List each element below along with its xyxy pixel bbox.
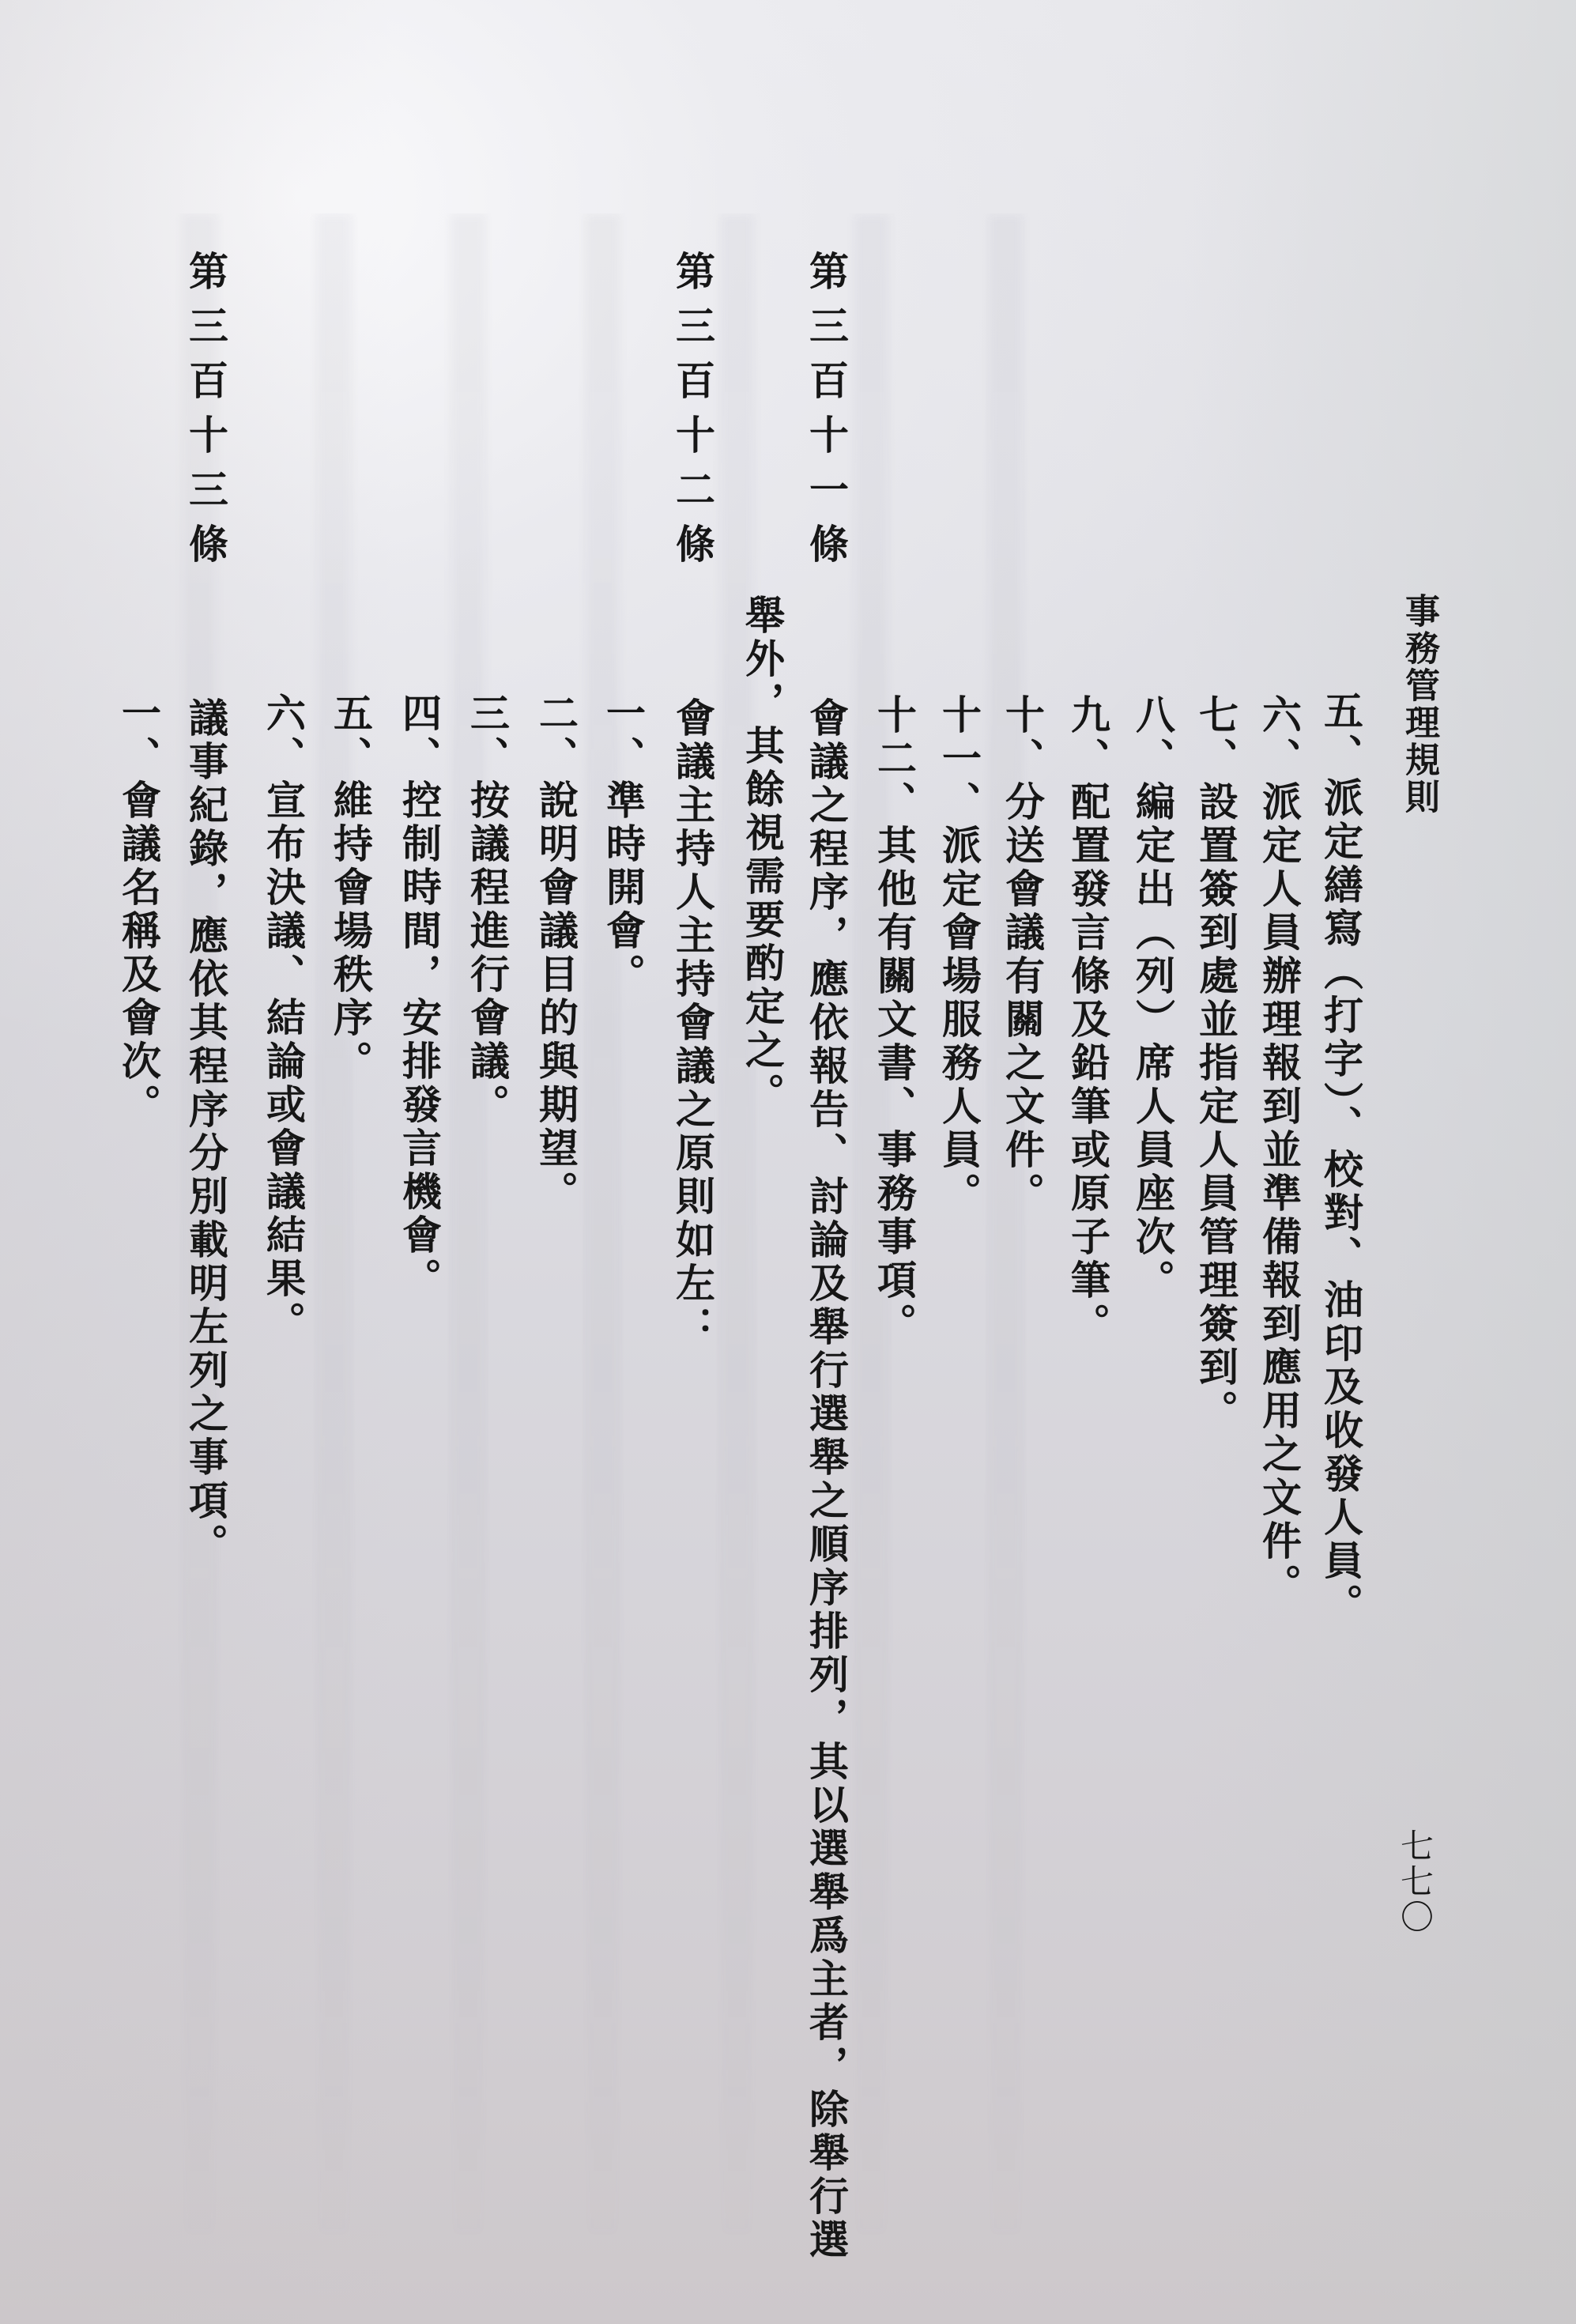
running-header: 事務管理規則 xyxy=(1401,593,1436,816)
list-item: 一、準時開會。 xyxy=(603,692,643,997)
list-item: 十、分送會議有關之文件。 xyxy=(1002,694,1042,1216)
list-item: 四、控制時間，安排發言機會。 xyxy=(399,692,439,1301)
list-item: 五、派定繕寫（打字）、校對、油印及收發人員。 xyxy=(1321,690,1360,1627)
page-number: 七七〇 xyxy=(1398,1828,1431,1935)
list-item: 二、說明會議目的與期望。 xyxy=(536,692,575,1214)
article-title: 第三百十二條 xyxy=(673,251,712,578)
list-item: 六、宣布決議、結論或會議結果。 xyxy=(263,692,303,1345)
list-item: 十二、其他有關文書、事務事項。 xyxy=(874,694,914,1346)
article-body-line: 會議之程序，應依報告、討論及舉行選舉之順序排列，其以選舉爲主者，除舉行選 xyxy=(806,697,846,2262)
list-item: 六、派定人員辦理報到並準備報到應用之文件。 xyxy=(1259,694,1299,1607)
article-title: 第三百十一條 xyxy=(806,251,846,578)
book-page: 事務管理規則 七七〇 五、派定繕寫（打字）、校對、油印及收發人員。 六、派定人員… xyxy=(0,0,1576,2324)
article-body-line: 舉外，其餘視需要酌定之。 xyxy=(742,594,782,1116)
article-intro: 議事紀錄，應依其程序分別載明左列之事項。 xyxy=(186,697,225,1567)
list-item: 八、編定出（列）席人員座次。 xyxy=(1133,694,1172,1303)
list-item: 五、維持會場秩序。 xyxy=(330,692,370,1084)
list-item: 七、設置簽到處並指定人員管理簽到。 xyxy=(1196,694,1235,1433)
article-intro: 會議主持人主持會議之原則如左： xyxy=(673,697,712,1349)
list-item: 一、會議名稱及會次。 xyxy=(119,692,158,1127)
list-item: 九、配置發言條及鉛筆或原子筆。 xyxy=(1068,694,1107,1346)
list-item: 十一、派定會場服務人員。 xyxy=(939,694,978,1216)
bleed-through-ghost-text xyxy=(87,213,1114,2237)
article-title: 第三百十三條 xyxy=(186,251,225,578)
list-item: 三、按議程進行會議。 xyxy=(467,692,507,1127)
